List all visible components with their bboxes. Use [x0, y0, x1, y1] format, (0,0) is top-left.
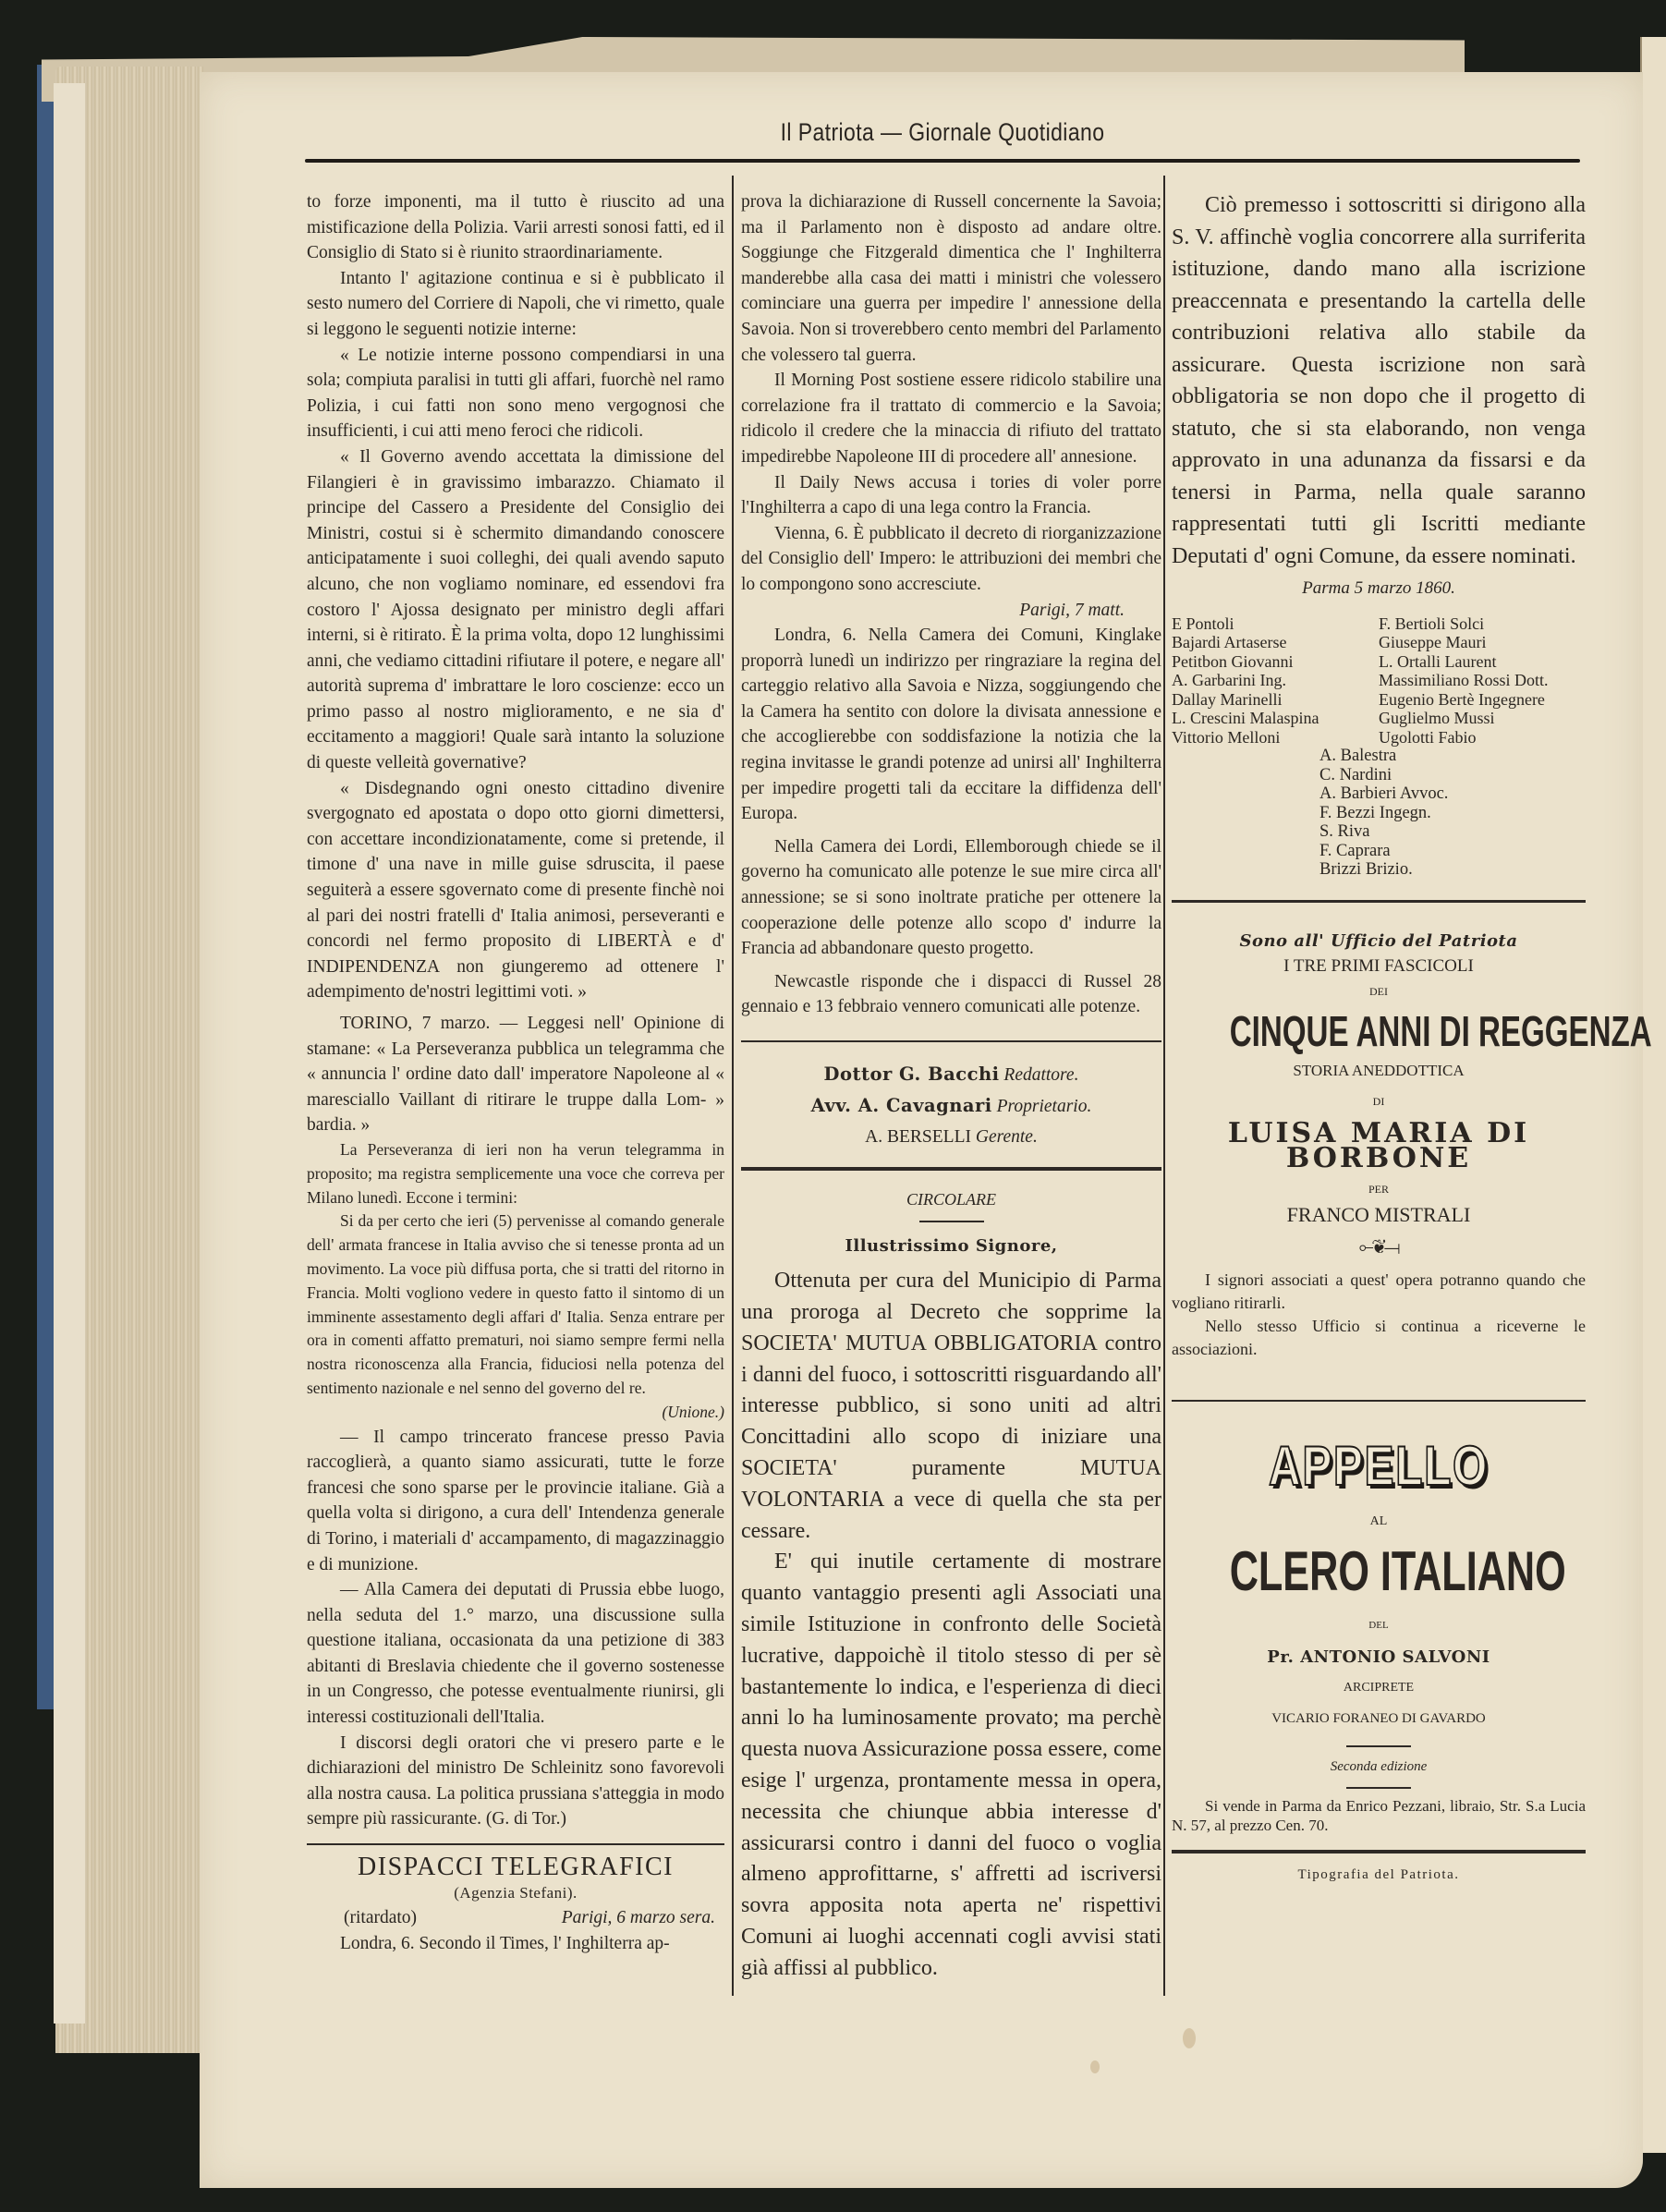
- ad-line: DEL: [1172, 1613, 1586, 1639]
- dispatch-dateline: Parigi, 7 matt.: [741, 598, 1161, 624]
- section-rule: [1172, 1850, 1586, 1853]
- ad-line: I TRE PRIMI FASCICOLI: [1172, 954, 1586, 979]
- dispatch-paragraph: Londra, 6. Secondo il Times, l' Inghilte…: [307, 1931, 724, 1957]
- signatory: L. Ortalli Laurent: [1379, 652, 1586, 672]
- staff-name: A. BERSELLI: [865, 1127, 971, 1147]
- circular-date: Parma 5 marzo 1860.: [1172, 576, 1586, 602]
- dispatch-paragraph: Il Daily News accusa i tories di voler p…: [741, 470, 1161, 521]
- dispatch-paragraph: Londra, 6. Nella Camera dei Comuni, King…: [741, 623, 1161, 827]
- signatory: C. Nardini: [1319, 766, 1586, 785]
- ad-line: AL: [1172, 1509, 1586, 1535]
- circular-heading: CIRCOLARE: [741, 1187, 1161, 1213]
- signatory: F. Bezzi Ingegn.: [1319, 804, 1586, 823]
- ad-note: I signori associati a quest' opera potra…: [1172, 1269, 1586, 1315]
- staff-manager: A. BERSELLI Gerente.: [741, 1122, 1161, 1152]
- advertisement-reggenza: Sono all' Ufficio del Patriota I TRE PRI…: [1172, 929, 1586, 1361]
- signatories: E Pontoli Bajardi Artaserse Petitbon Gio…: [1172, 614, 1586, 747]
- article-paragraph: I discorsi degli oratori che vi presero …: [307, 1731, 724, 1832]
- article-paragraph: TORINO, 7 marzo. — Leggesi nell' Opinion…: [307, 1011, 724, 1138]
- signatory: Massimiliano Rossi Dott.: [1379, 671, 1586, 690]
- circular-paragraph: Ciò premesso i sottoscritti si dirigono …: [1172, 189, 1586, 572]
- dispatch-paragraph: Vienna, 6. È pubblicato il decreto di ri…: [741, 521, 1161, 598]
- ad-role: VICARIO FORANEO DI GAVARDO: [1172, 1707, 1586, 1732]
- ad-line: DI: [1172, 1089, 1586, 1115]
- printer-imprint: Tipografia del Patriota.: [1172, 1863, 1586, 1889]
- column-1: to forze imponenti, ma il tutto è riusci…: [307, 189, 724, 1956]
- signatories-right: F. Bertioli Solci Giuseppe Mauri L. Orta…: [1379, 614, 1586, 747]
- running-head: Il Patriota — Giornale Quotidiano: [405, 118, 1481, 155]
- short-rule: [1346, 1787, 1411, 1789]
- article-paragraph: to forze imponenti, ma il tutto è riusci…: [307, 189, 724, 266]
- quoted-report: Si da per certo che ieri (5) pervenisse …: [307, 1209, 724, 1400]
- paper-stain: [1090, 2060, 1100, 2073]
- signatory: Dallay Marinelli: [1172, 690, 1379, 710]
- ad-line: PER: [1172, 1177, 1586, 1203]
- ornament-icon: ⟜❦⟞: [1172, 1235, 1586, 1261]
- staff-role: Redattore.: [1003, 1065, 1078, 1085]
- ad-title-appello: APPELLO: [1213, 1429, 1544, 1503]
- article-paragraph: « Le notizie interne possono compendiars…: [307, 343, 724, 444]
- article-paragraph: — Alla Camera dei deputati di Prussia eb…: [307, 1577, 724, 1731]
- signatory: S. Riva: [1319, 822, 1586, 842]
- advertisement-appello: APPELLO AL CLERO ITALIANO DEL Pr. ANTONI…: [1172, 1429, 1586, 1836]
- column-divider: [732, 176, 734, 1996]
- signatory: Guglielmo Mussi: [1379, 709, 1586, 728]
- signatory: Bajardi Artaserse: [1172, 633, 1379, 652]
- signatory: A. Balestra: [1319, 747, 1586, 766]
- signatory: Petitbon Giovanni: [1172, 652, 1379, 672]
- signatory: Vittorio Melloni: [1172, 728, 1379, 747]
- staff-role: Proprietario.: [997, 1097, 1092, 1116]
- ad-subject: LUISA MARIA DI BORBONE: [1172, 1121, 1586, 1172]
- ad-intro: Sono all' Ufficio del Patriota: [1172, 929, 1586, 954]
- short-rule: [919, 1221, 984, 1222]
- section-rule: [1172, 1400, 1586, 1402]
- ad-edition: Seconda edizione: [1172, 1755, 1586, 1781]
- dispatch-dateline-row: (ritardato) Parigi, 6 marzo sera.: [307, 1905, 724, 1931]
- signatory: Brizzi Brizio.: [1319, 860, 1586, 880]
- ad-author: FRANCO MISTRALI: [1172, 1202, 1586, 1228]
- signatory: L. Crescini Malaspina: [1172, 709, 1379, 728]
- section-rule: [1172, 900, 1586, 903]
- signatories-left: E Pontoli Bajardi Artaserse Petitbon Gio…: [1172, 614, 1379, 747]
- signatory: Giuseppe Mauri: [1379, 633, 1586, 652]
- circular-salutation: Illustrissimo Signore,: [741, 1234, 1161, 1259]
- circular-paragraph: E' qui inutile certamente di mostrare qu…: [741, 1547, 1161, 1984]
- staff-name: Dottor G. Bacchi: [824, 1063, 1000, 1085]
- staff-editor: Dottor G. Bacchi Redattore.: [741, 1059, 1161, 1090]
- page-stack-front: [54, 83, 85, 2024]
- circular-paragraph: Ottenuta per cura del Municipio di Parma…: [741, 1266, 1161, 1547]
- dispatch-dateline: Parigi, 6 marzo sera.: [562, 1905, 715, 1931]
- dispatch-paragraph: Il Morning Post sostiene essere ridicolo…: [741, 368, 1161, 469]
- staff-name: Avv. A. Cavagnari: [811, 1095, 992, 1116]
- dispatches-agency: (Agenzia Stefani).: [307, 1880, 724, 1906]
- section-rule: [741, 1167, 1161, 1171]
- staff-owner: Avv. A. Cavagnari Proprietario.: [741, 1090, 1161, 1122]
- ad-line: DEI: [1172, 979, 1586, 1005]
- quote-source: (Unione.): [307, 1401, 724, 1425]
- signatory: Eugenio Bertè Ingegnere: [1379, 690, 1586, 710]
- dispatch-delayed-note: (ritardato): [344, 1905, 417, 1931]
- signatory: A. Garbarini Ing.: [1172, 671, 1379, 690]
- article-paragraph: « Il Governo avendo accettata la dimissi…: [307, 444, 724, 776]
- dispatch-paragraph: prova la dichiarazione di Russell concer…: [741, 189, 1161, 368]
- article-paragraph: La Perseveranza di ieri non ha verun tel…: [307, 1138, 724, 1209]
- column-divider: [1163, 176, 1165, 1996]
- ad-sale-info: Si vende in Parma da Enrico Pezzani, lib…: [1172, 1796, 1586, 1835]
- ad-title-clero: CLERO ITALIANO: [1230, 1539, 1528, 1604]
- paper-stain: [1183, 2028, 1196, 2048]
- dispatches-heading: DISPACCI TELEGRAFICI: [307, 1854, 724, 1880]
- short-rule: [1346, 1745, 1411, 1747]
- article-paragraph: « Disdegnando ogni onesto cittadino dive…: [307, 776, 724, 1005]
- dispatch-paragraph: Nella Camera dei Lordi, Ellemborough chi…: [741, 834, 1161, 962]
- signatory: F. Caprara: [1319, 842, 1586, 861]
- ad-author: Pr. ANTONIO SALVONI: [1172, 1645, 1586, 1671]
- ad-title: CINQUE ANNI DI REGGENZA: [1230, 1004, 1528, 1058]
- article-paragraph: Intanto l' agitazione continua e si è pu…: [307, 266, 724, 343]
- ad-subtitle: STORIA ANEDDOTTICA: [1172, 1058, 1586, 1084]
- signatory: F. Bertioli Solci: [1379, 614, 1586, 634]
- signatory: Ugolotti Fabio: [1379, 728, 1586, 747]
- staff-role: Gerente.: [976, 1127, 1038, 1147]
- signatories-center: A. Balestra C. Nardini A. Barbieri Avvoc…: [1319, 747, 1586, 880]
- staff-credits: Dottor G. Bacchi Redattore. Avv. A. Cava…: [741, 1059, 1161, 1152]
- article-paragraph: — Il campo trincerato francese presso Pa…: [307, 1425, 724, 1578]
- header-rule: [305, 159, 1580, 163]
- column-3: Ciò premesso i sottoscritti si dirigono …: [1172, 189, 1586, 1889]
- section-rule: [307, 1843, 724, 1845]
- section-rule: [741, 1040, 1161, 1042]
- column-2: prova la dichiarazione di Russell concer…: [741, 189, 1161, 1985]
- dispatch-paragraph: Newcastle risponde che i dispacci di Rus…: [741, 969, 1161, 1020]
- signatory: E Pontoli: [1172, 614, 1379, 634]
- signatory: A. Barbieri Avvoc.: [1319, 784, 1586, 804]
- ad-role: ARCIPRETE: [1172, 1675, 1586, 1701]
- ad-note: Nello stesso Ufficio si continua a ricev…: [1172, 1315, 1586, 1361]
- facing-page-edge: [1640, 37, 1666, 2153]
